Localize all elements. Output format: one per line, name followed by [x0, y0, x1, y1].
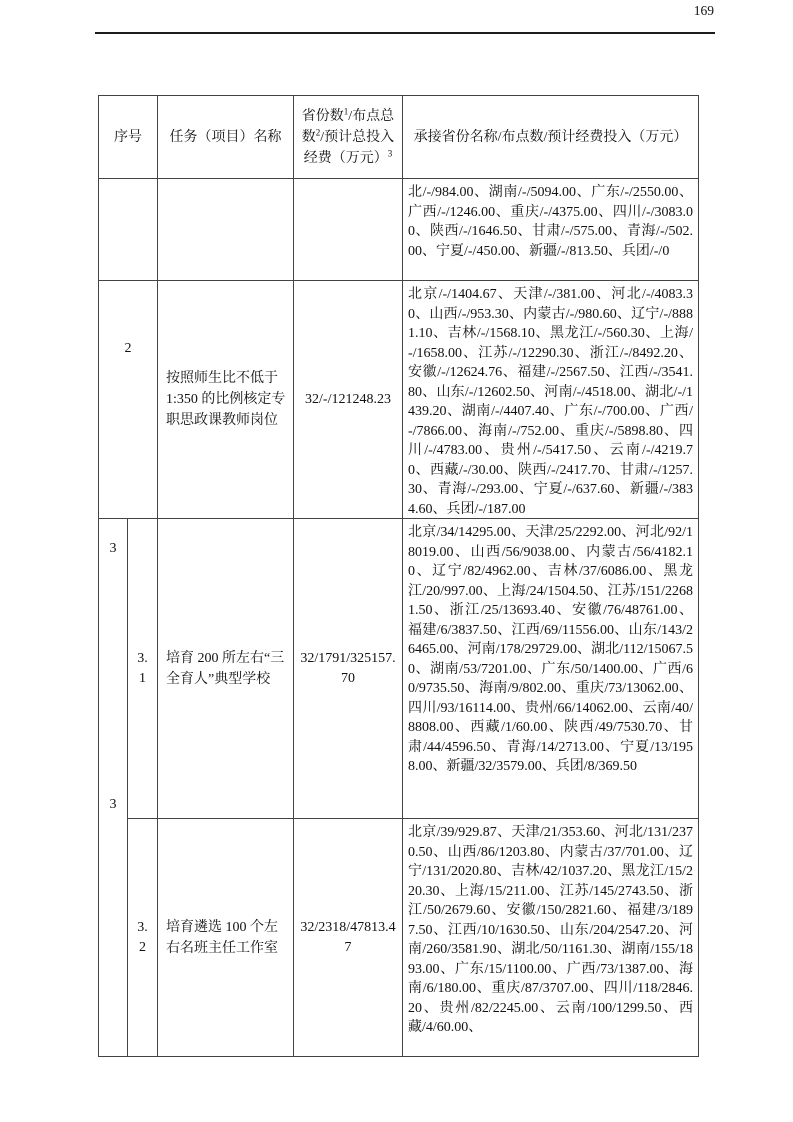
page-number: 169	[688, 3, 714, 19]
header-cell-task-name: 任务（项目）名称	[158, 96, 294, 179]
continuation-summary-cell	[294, 179, 403, 281]
row3-2-serial-cell: 3.2	[128, 819, 158, 1056]
row3-1-task-cell: 培育 200 所左右“三全育人”典型学校	[158, 519, 294, 819]
row3-2-summary-cell: 32/2318/47813.47	[294, 819, 403, 1056]
row3-1-task-text: 培育 200 所左右“三全育人”典型学校	[158, 646, 293, 692]
header-provinces-label: 承接省份名称/布点数/预计经费投入（万元）	[414, 127, 688, 148]
row2-task-text: 按照师生比不低于1:350 的比例核定专职思政课教师岗位	[158, 366, 293, 433]
row3-2-task-text: 培育遴选 100 个左右名班主任工作室	[158, 915, 293, 961]
row3-1-summary-cell: 32/1791/325157.70	[294, 519, 403, 819]
row2-detail-cell: 北京/-/1404.67、天津/-/381.00、河北/-/4083.30、山西…	[403, 281, 698, 519]
project-table: 序号 任务（项目）名称 省份数1/布点总数2/预计总投入经费（万元）3 承接省份…	[98, 95, 699, 1057]
header-cell-serial: 序号	[99, 96, 158, 179]
row3-group-serial-bottom: 3	[99, 797, 127, 813]
row3-2-detail-cell: 北京/39/929.87、天津/21/353.60、河北/131/2370.50…	[403, 819, 698, 1056]
row2-serial: 2	[99, 281, 157, 518]
continuation-detail-text: 北/-/984.00、湖南/-/5094.00、广东/-/2550.00、广西/…	[403, 179, 698, 280]
row2-task-cell: 按照师生比不低于1:350 的比例核定专职思政课教师岗位	[158, 281, 294, 519]
header-cell-totals: 省份数1/布点总数2/预计总投入经费（万元）3	[294, 96, 403, 179]
header-task-label: 任务（项目）名称	[170, 127, 282, 148]
header-totals-label: 省份数1/布点总数2/预计总投入经费（万元）3	[297, 106, 399, 169]
row3-1-detail-cell: 北京/34/14295.00、天津/25/2292.00、河北/92/18019…	[403, 519, 698, 819]
header-serial-label: 序号	[114, 127, 142, 148]
row3-2-summary-text: 32/2318/47813.47	[294, 916, 402, 960]
row3-1-serial: 3.1	[135, 649, 150, 689]
row3-2-serial: 3.2	[135, 918, 150, 958]
row2-summary-text: 32/-/121248.23	[301, 388, 395, 412]
row3-1-serial-cell: 3.1	[128, 519, 158, 819]
row3-group-serial-cell: 3 3	[99, 519, 128, 1056]
row3-2-task-cell: 培育遴选 100 个左右名班主任工作室	[158, 819, 294, 1056]
continuation-serial-cell	[99, 179, 158, 281]
row3-1-detail-text: 北京/34/14295.00、天津/25/2292.00、河北/92/18019…	[403, 519, 698, 818]
document-page: 169 序号 任务（项目）名称 省份数1/布点总数2/预计总投入经费（万元）3 …	[0, 0, 793, 1122]
footnote-ref-3: 3	[388, 148, 393, 158]
row3-group-serial-top: 3	[99, 541, 127, 557]
row2-detail-text: 北京/-/1404.67、天津/-/381.00、河北/-/4083.30、山西…	[403, 281, 698, 518]
row3-2-detail-text: 北京/39/929.87、天津/21/353.60、河北/131/2370.50…	[403, 819, 698, 1056]
row2-serial-cell: 2	[99, 281, 158, 519]
row3-1-summary-text: 32/1791/325157.70	[294, 647, 402, 691]
header-rule	[95, 32, 715, 34]
continuation-task-cell	[158, 179, 294, 281]
continuation-detail-cell: 北/-/984.00、湖南/-/5094.00、广东/-/2550.00、广西/…	[403, 179, 698, 281]
row2-summary-cell: 32/-/121248.23	[294, 281, 403, 519]
header-cell-provinces: 承接省份名称/布点数/预计经费投入（万元）	[403, 96, 698, 179]
